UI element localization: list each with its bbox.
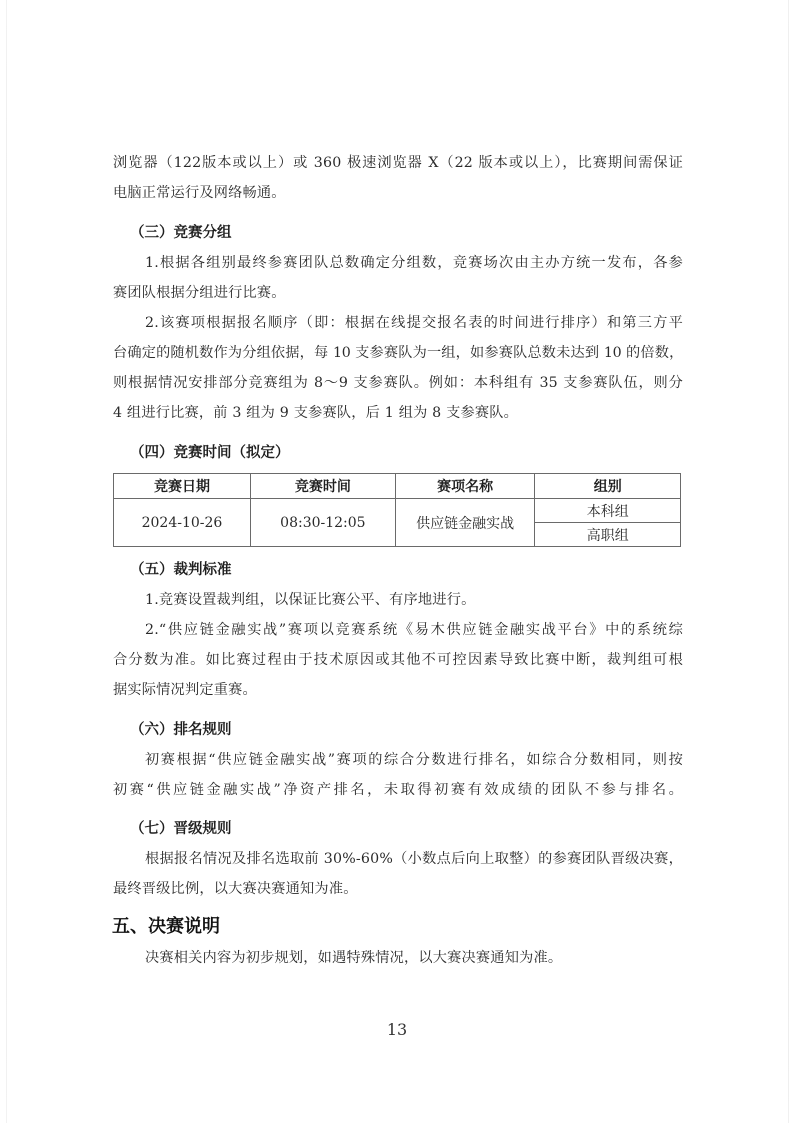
table-header-row: 竞赛日期 竞赛时间 赛项名称 组别: [114, 474, 681, 499]
section-6-line-2: 初赛“供应链金融实战”净资产排名，未取得初赛有效成绩的团队不参与排名。: [113, 780, 683, 800]
section-3-p2-line-2: 台确定的随机数作为分组依据，每 10 支参赛队为一组，如参赛队总数未达到 10 …: [113, 343, 683, 363]
cell-group-undergrad: 本科组: [535, 499, 681, 523]
header-date: 竞赛日期: [114, 474, 251, 499]
section-3-p1-line-1: 1.根据各组别最终参赛团队总数确定分组数，竞赛场次由主办方统一发布，各参: [145, 253, 683, 273]
section-7-line-1: 根据报名情况及排名选取前 30%-60%（小数点后向上取整）的参赛团队晋级决赛，: [145, 849, 683, 869]
page-number: 13: [0, 1020, 794, 1039]
cell-date: 2024-10-26: [114, 499, 251, 547]
section-3-p2-line-3: 则根据情况安排部分竞赛组为 8～9 支参赛队。例如：本科组有 35 支参赛队伍，…: [113, 373, 683, 393]
table-row: 2024-10-26 08:30-12:05 供应链金融实战 本科组: [114, 499, 681, 523]
section-6-line-1: 初赛根据“供应链金融实战”赛项的综合分数进行排名，如综合分数相同，则按: [145, 750, 683, 770]
cell-event: 供应链金融实战: [395, 499, 535, 547]
section-7-heading: （七）晋级规则: [130, 819, 232, 839]
intro-line-2: 电脑正常运行及网络畅通。: [113, 183, 683, 203]
cell-time: 08:30-12:05: [250, 499, 395, 547]
section-5-p1: 1.竞赛设置裁判组，以保证比赛公平、有序地进行。: [145, 590, 683, 610]
final-section-heading: 五、决赛说明: [112, 915, 220, 939]
section-7-line-2: 最终晋级比例，以大赛决赛通知为准。: [113, 879, 683, 899]
scan-edge-left: [6, 0, 7, 1123]
section-5-heading: （五）裁判标准: [130, 560, 232, 580]
header-event: 赛项名称: [395, 474, 535, 499]
section-5-p2-line-2: 合分数为准。如比赛过程由于技术原因或其他不可控因素导致比赛中断，裁判组可根: [113, 650, 683, 670]
cell-group-vocational: 高职组: [535, 523, 681, 547]
header-group: 组别: [535, 474, 681, 499]
section-6-heading: （六）排名规则: [130, 720, 232, 740]
section-5-p2-line-1: 2.“供应链金融实战”赛项以竞赛系统《易木供应链金融实战平台》中的系统综: [145, 620, 683, 640]
section-3-p2-line-1: 2.该赛项根据报名顺序（即：根据在线提交报名表的时间进行排序）和第三方平: [145, 313, 683, 333]
section-3-p2-line-4: 4 组进行比赛，前 3 组为 9 支参赛队，后 1 组为 8 支参赛队。: [113, 403, 683, 423]
intro-line-1: 浏览器（122版本或以上）或 360 极速浏览器 X（22 版本或以上），比赛期…: [113, 153, 683, 173]
section-3-heading: （三）竞赛分组: [130, 223, 232, 243]
competition-schedule-table: 竞赛日期 竞赛时间 赛项名称 组别 2024-10-26 08:30-12:05…: [113, 473, 681, 547]
header-time: 竞赛时间: [250, 474, 395, 499]
section-5-p2-line-3: 据实际情况判定重赛。: [113, 680, 683, 700]
section-3-p1-line-2: 赛团队根据分组进行比赛。: [113, 283, 683, 303]
section-4-heading: （四）竞赛时间（拟定）: [130, 443, 290, 463]
scan-edge-right: [788, 0, 789, 1123]
final-section-line-1: 决赛相关内容为初步规划，如遇特殊情况，以大赛决赛通知为准。: [145, 948, 683, 968]
